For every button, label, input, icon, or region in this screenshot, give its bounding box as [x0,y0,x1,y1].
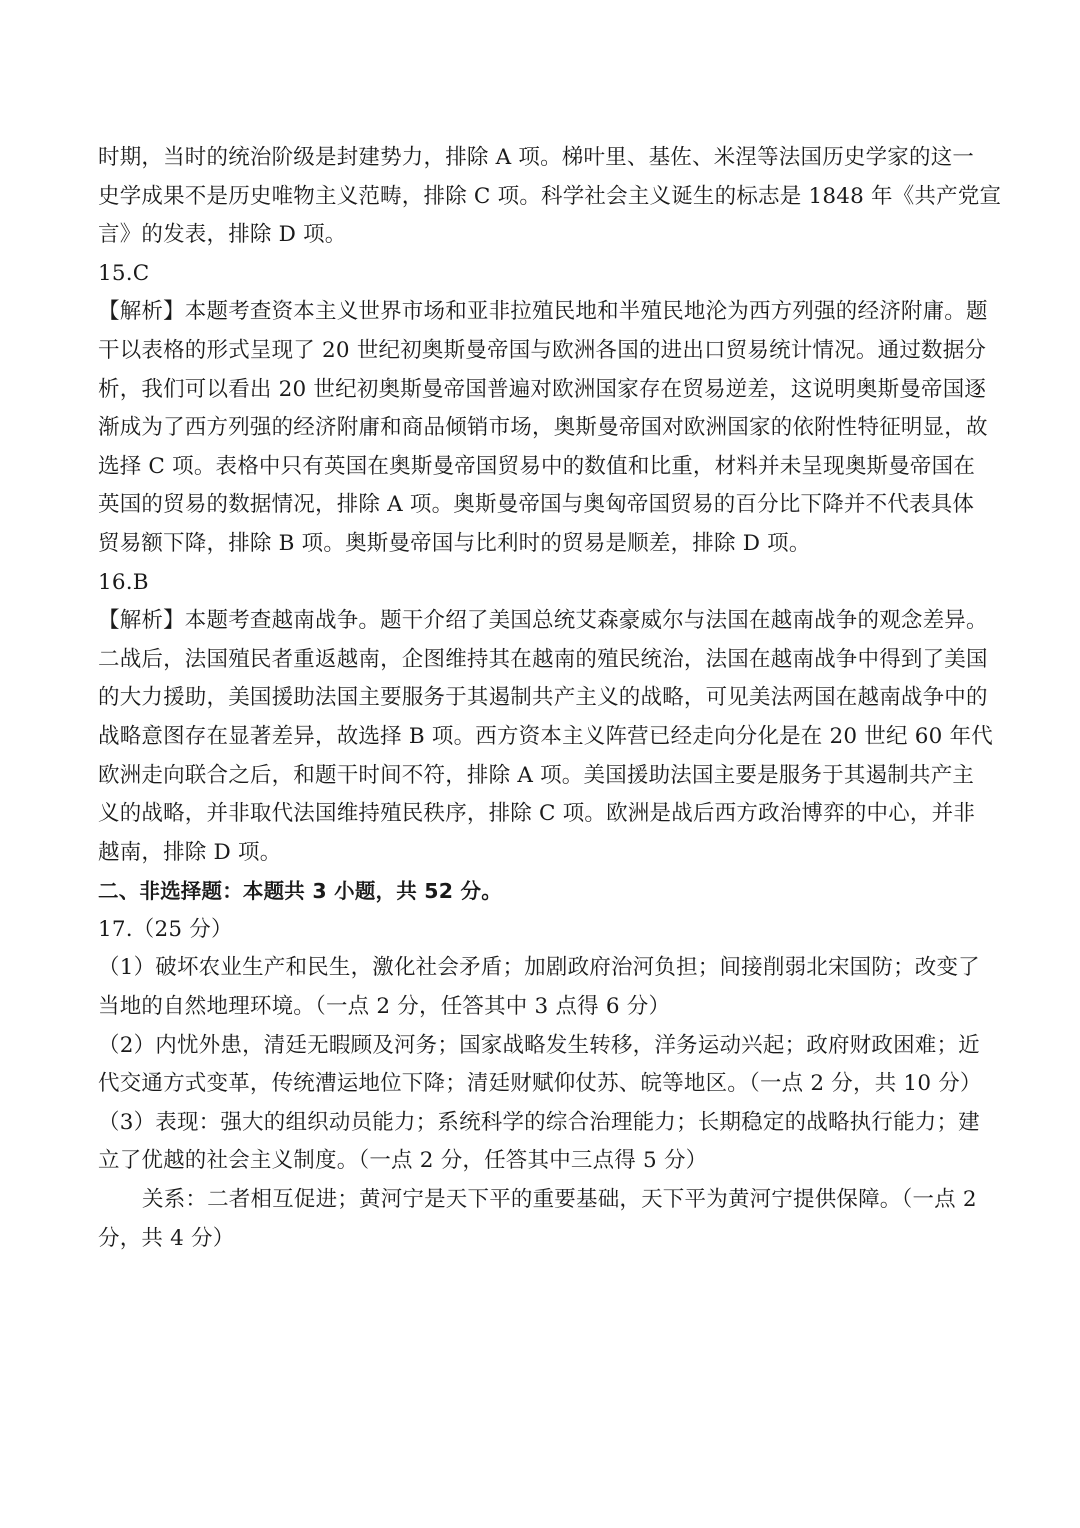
text-line: （1）破坏农业生产和民生，激化社会矛盾；加剧政府治河负担；间接削弱北宋国防；改变… [98,949,988,988]
text-line: 欧洲走向联合之后，和题干时间不符，排除 A 项。美国援助法国主要是服务于其遏制共… [98,757,988,796]
text-line: 选择 C 项。表格中只有英国在奥斯曼帝国贸易中的数值和比重，材料并未呈现奥斯曼帝… [98,448,988,487]
text-line: 战略意图存在显著差异，故选择 B 项。西方资本主义阵营已经走向分化是在 20 世… [98,718,988,757]
part-3: （3）表现：强大的组织动员能力；系统科学的综合治理能力；长期稳定的战略执行能力；… [98,1104,988,1181]
text-line: 义的战略，并非取代法国维持殖民秩序，排除 C 项。欧洲是战后西方政治博弈的中心，… [98,795,988,834]
text-line: （2）内忧外患，清廷无暇顾及河务；国家战略发生转移，洋务运动兴起；政府财政困难；… [98,1027,988,1066]
question-16: 16.B 【解析】本题考查越南战争。题干介绍了美国总统艾森豪威尔与法国在越南战争… [98,564,988,873]
text-line: 代交通方式变革，传统漕运地位下降；清廷财赋仰仗苏、皖等地区。（一点 2 分，共 … [98,1065,988,1104]
text-line: 贸易额下降，排除 B 项。奥斯曼帝国与比利时的贸易是顺差，排除 D 项。 [98,525,988,564]
question-17: 17.（25 分） （1）破坏农业生产和民生，激化社会矛盾；加剧政府治河负担；间… [98,911,988,1258]
part-2: （2）内忧外患，清廷无暇顾及河务；国家战略发生转移，洋务运动兴起；政府财政困难；… [98,1027,988,1104]
text-line: 越南，排除 D 项。 [98,834,988,873]
text-line: 关系：二者相互促进；黄河宁是天下平的重要基础，天下平为黄河宁提供保障。（一点 2 [98,1181,988,1220]
question-15: 15.C 【解析】本题考查资本主义世界市场和亚非拉殖民地和半殖民地沦为西方列强的… [98,255,988,564]
text-line: （3）表现：强大的组织动员能力；系统科学的综合治理能力；长期稳定的战略执行能力；… [98,1104,988,1143]
answer-label: 15.C [98,255,988,294]
section-heading: 二、非选择题：本题共 3 小题，共 52 分。 [98,872,988,911]
part-1: （1）破坏农业生产和民生，激化社会矛盾；加剧政府治河负担；间接削弱北宋国防；改变… [98,949,988,1026]
text-line: 立了优越的社会主义制度。（一点 2 分，任答其中三点得 5 分） [98,1142,988,1181]
text-line: 分，共 4 分） [98,1220,988,1259]
continued-analysis: 时期，当时的统治阶级是封建势力，排除 A 项。梯叶里、基佐、米涅等法国历史学家的… [98,139,988,255]
text-line: 的大力援助，美国援助法国主要服务于其遏制共产主义的战略，可见美法两国在越南战争中… [98,679,988,718]
relation: 关系：二者相互促进；黄河宁是天下平的重要基础，天下平为黄河宁提供保障。（一点 2… [98,1181,988,1258]
text-line: 干以表格的形式呈现了 20 世纪初奥斯曼帝国与欧洲各国的进出口贸易统计情况。通过… [98,332,988,371]
text-line: 英国的贸易的数据情况，排除 A 项。奥斯曼帝国与奥匈帝国贸易的百分比下降并不代表… [98,486,988,525]
text-line: 渐成为了西方列强的经济附庸和商品倾销市场，奥斯曼帝国对欧洲国家的依附性特征明显，… [98,409,988,448]
text-line: 二战后，法国殖民者重返越南，企图维持其在越南的殖民统治，法国在越南战争中得到了美… [98,641,988,680]
answer-label: 16.B [98,564,988,603]
text-line: 史学成果不是历史唯物主义范畴，排除 C 项。科学社会主义诞生的标志是 1848 … [98,178,988,217]
text-line: 时期，当时的统治阶级是封建势力，排除 A 项。梯叶里、基佐、米涅等法国历史学家的… [98,139,988,178]
question-title: 17.（25 分） [98,911,988,950]
text-line: 析，我们可以看出 20 世纪初奥斯曼帝国普遍对欧洲国家存在贸易逆差，这说明奥斯曼… [98,371,988,410]
text-line: 【解析】本题考查越南战争。题干介绍了美国总统艾森豪威尔与法国在越南战争的观念差异… [98,602,988,641]
text-line: 当地的自然地理环境。（一点 2 分，任答其中 3 点得 6 分） [98,988,988,1027]
text-line: 言》的发表，排除 D 项。 [98,216,988,255]
answer-key-page: 时期，当时的统治阶级是封建势力，排除 A 项。梯叶里、基佐、米涅等法国历史学家的… [98,139,988,1258]
text-line: 【解析】本题考查资本主义世界市场和亚非拉殖民地和半殖民地沦为西方列强的经济附庸。… [98,293,988,332]
